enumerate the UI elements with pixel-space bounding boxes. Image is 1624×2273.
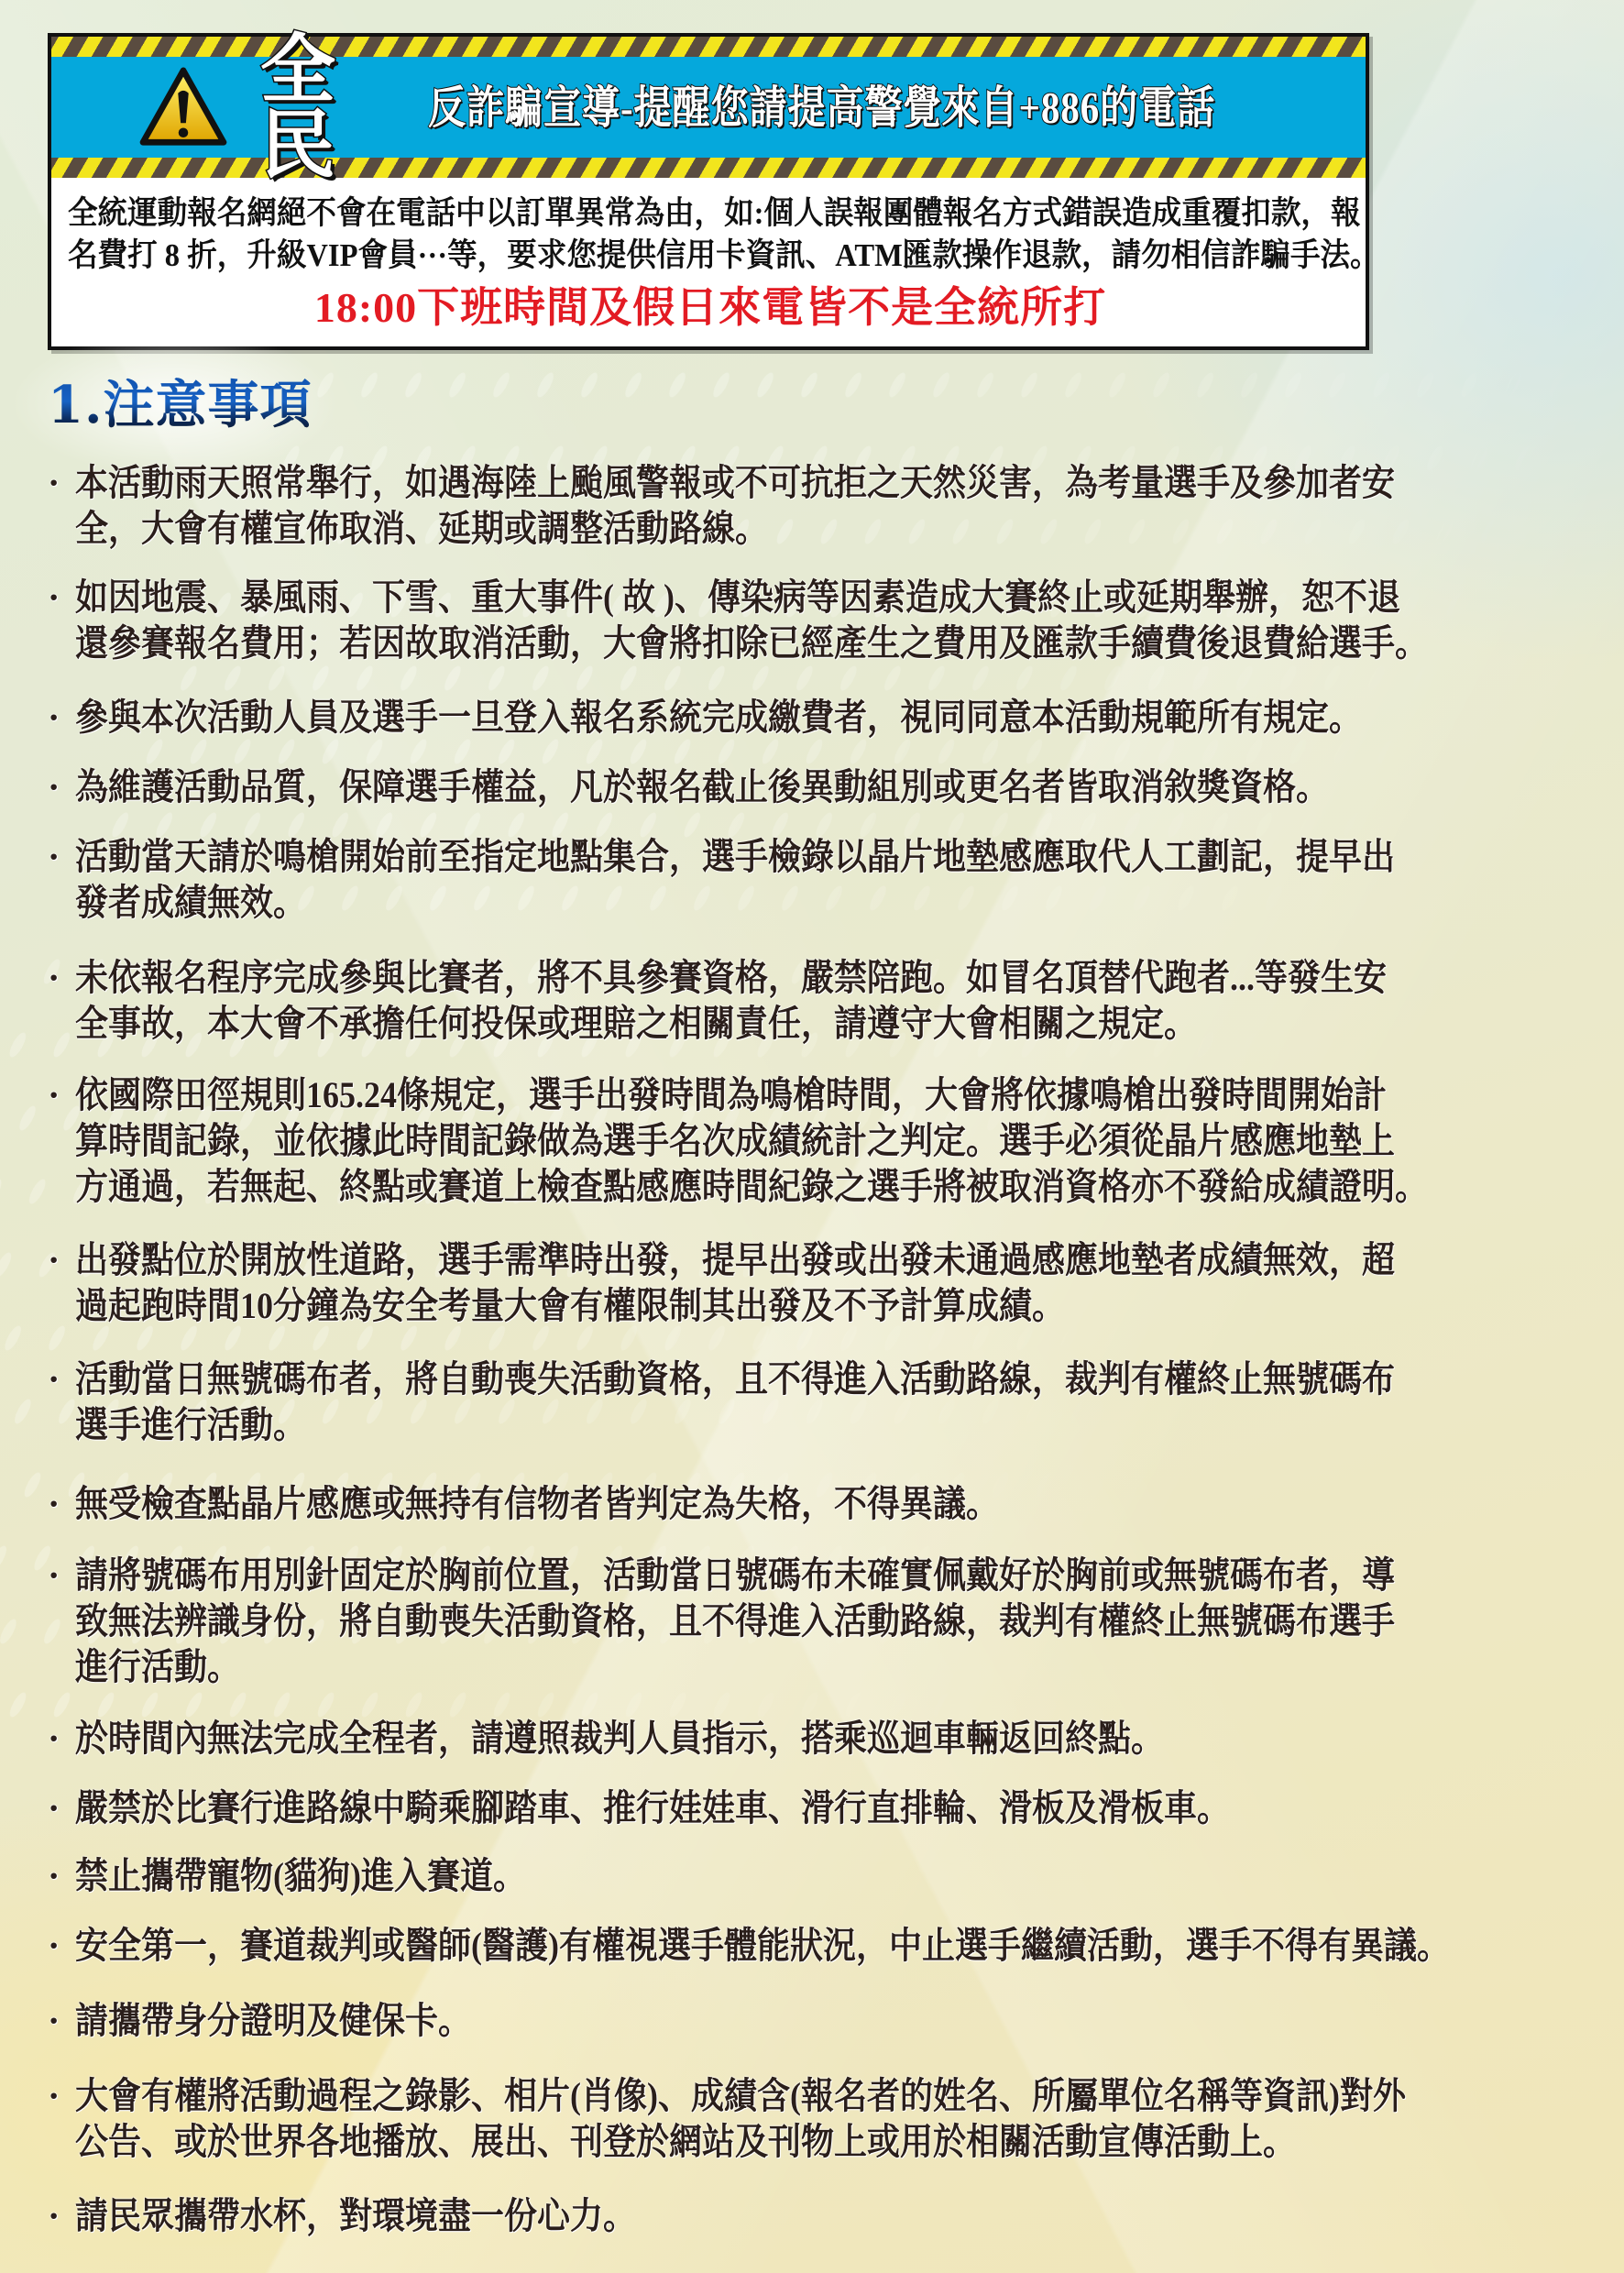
list-item: · 大會有權將活動過程之錄影、相片(肖像)、成績含(報名者的姓名、所屬單位名稱等… xyxy=(48,2073,1553,2165)
hazard-stripe-top xyxy=(51,37,1366,57)
list-item-line: 出發點位於開放性道路，選手需準時出發，提早出發或出發未通過感應地墊者成績無效，超 xyxy=(75,1237,1395,1283)
list-item-line: 活動當天請於鳴槍開始前至指定地點集合，選手檢錄以晶片地墊感應取代人工劃記，提早出 xyxy=(75,834,1395,880)
list-item-line: 過起跑時間10分鐘為安全考量大會有權限制其出發及不予計算成績。 xyxy=(75,1283,1395,1329)
bullet: · xyxy=(48,1072,75,1210)
list-item: · 於時間內無法完成全程者，請遵照裁判人員指示，搭乘巡迴車輛返回終點。 xyxy=(48,1716,1285,1762)
list-item-line: 請民眾攜帶水杯，對環境盡一份心力。 xyxy=(75,2193,636,2239)
list-item-line: 發者成績無效。 xyxy=(75,880,1395,926)
list-item-line: 選手進行活動。 xyxy=(75,1402,1395,1448)
list-item: · 為維護活動品質，保障選手權益，凡於報名截止後異動組別或更名者皆取消敘獎資格。 xyxy=(48,764,1468,810)
section-title: 1.注意事項 xyxy=(48,368,312,442)
bullet: · xyxy=(48,955,75,1047)
list-item-line: 於時間內無法完成全程者，請遵照裁判人員指示，搭乘巡迴車輛返回終點。 xyxy=(75,1716,1164,1762)
list-item: · 活動當天請於鳴槍開始前至指定地點集合，選手檢錄以晶片地墊感應取代人工劃記，提… xyxy=(48,834,1542,926)
list-item: · 出發點位於開放性道路，選手需準時出發，提早出發或出發未通過感應地墊者成績無效… xyxy=(48,1237,1542,1329)
notice-headline-big: 全民 xyxy=(260,32,411,182)
notice-banner: 全民 反詐騙宣導-提醒您請提高警覺來自+886的電話 xyxy=(51,57,1366,158)
bullet: · xyxy=(48,1481,75,1527)
list-item-line: 本活動雨天照常舉行，如遇海陸上颱風警報或不可抗拒之天然災害，為考量選手及參加者安 xyxy=(75,460,1395,506)
list-item: · 嚴禁於比賽行進路線中騎乘腳踏車、推行娃娃車、滑行直排輪、滑板及滑板車。 xyxy=(48,1785,1358,1831)
bullet: · xyxy=(48,1853,75,1899)
list-item-line: 嚴禁於比賽行進路線中騎乘腳踏車、推行娃娃車、滑行直排輪、滑板及滑板車。 xyxy=(75,1785,1230,1831)
notice-body-line: 全統運動報名網絕不會在電話中以訂單異常為由，如:個人誤報團體報名方式錯誤造成重覆… xyxy=(68,192,1263,235)
list-item-line: 如因地震、暴風雨、下雪、重大事件( 故 )、傳染病等因素造成大賽終止或延期舉辦，… xyxy=(75,575,1428,620)
bullet: · xyxy=(48,1998,75,2044)
list-item-line: 進行活動。 xyxy=(75,1644,1395,1690)
list-item: · 請攜帶身分證明及健保卡。 xyxy=(48,1998,515,2044)
list-item-line: 請攜帶身分證明及健保卡。 xyxy=(75,1998,471,2044)
bullet: · xyxy=(48,695,75,741)
list-item: · 請民眾攜帶水杯，對環境盡一份心力。 xyxy=(48,2193,698,2239)
bullet: · xyxy=(48,1553,75,1690)
anti-fraud-notice: 全民 反詐騙宣導-提醒您請提高警覺來自+886的電話 全統運動報名網絕不會在電話… xyxy=(48,33,1369,350)
list-item-line: 方通過，若無起、終點或賽道上檢查點感應時間紀錄之選手將被取消資格亦不發給成績證明… xyxy=(75,1164,1428,1210)
bullet: · xyxy=(48,1923,75,1969)
list-item-line: 為維護活動品質，保障選手權益，凡於報名截止後異動組別或更名者皆取消敘獎資格。 xyxy=(75,764,1329,810)
list-item: · 無受檢查點晶片感應或無持有信物者皆判定為失格，不得異議。 xyxy=(48,1481,1102,1527)
bullet: · xyxy=(48,1716,75,1762)
notice-highlight: 18:00下班時間及假日來電皆不是全統所打 xyxy=(68,280,1353,335)
list-item-line: 全，大會有權宣佈取消、延期或調整活動路線。 xyxy=(75,506,1395,552)
list-item-line: 還參賽報名費用；若因故取消活動，大會將扣除已經產生之費用及匯款手續費後退費給選手… xyxy=(75,620,1428,666)
hazard-stripe-bottom xyxy=(51,158,1366,178)
list-item: · 安全第一，賽道裁判或醫師(醫護)有權視選手體能狀況，中止選手繼續活動，選手不… xyxy=(48,1923,1603,1969)
notice-headline-sub: 反詐騙宣導-提醒您請提高警覺來自+886的電話 xyxy=(428,85,1215,130)
bullet: · xyxy=(48,2073,75,2165)
list-item: · 如因地震、暴風雨、下雪、重大事件( 故 )、傳染病等因素造成大賽終止或延期舉… xyxy=(48,575,1578,666)
list-item-line: 大會有權將活動過程之錄影、相片(肖像)、成績含(報名者的姓名、所屬單位名稱等資訊… xyxy=(75,2073,1406,2119)
warning-triangle-icon xyxy=(139,67,227,148)
list-item: · 活動當日無號碼布者，將自動喪失活動資格，且不得進入活動路線，裁判有權終止無號… xyxy=(48,1356,1542,1448)
list-item: · 未依報名程序完成參與比賽者，將不具參賽資格，嚴禁陪跑。如冒名頂替代跑者...… xyxy=(48,955,1532,1047)
list-item-line: 禁止攜帶寵物(貓狗)進入賽道。 xyxy=(75,1853,526,1899)
list-item: · 請將號碼布用別針固定於胸前位置，活動當日號碼布未確實佩戴好於胸前或無號碼布者… xyxy=(48,1553,1542,1690)
list-item: · 參與本次活動人員及選手一旦登入報名系統完成繳費者，視同同意本活動規範所有規定… xyxy=(48,695,1505,741)
bullet: · xyxy=(48,834,75,926)
list-item-line: 參與本次活動人員及選手一旦登入報名系統完成繳費者，視同同意本活動規範所有規定。 xyxy=(75,695,1362,741)
list-item-line: 公告、或於世界各地播放、展出、刊登於網站及刊物上或用於相關活動宣傳活動上。 xyxy=(75,2119,1406,2165)
bullet: · xyxy=(48,1356,75,1448)
list-item-line: 活動當日無號碼布者，將自動喪失活動資格，且不得進入活動路線，裁判有權終止無號碼布 xyxy=(75,1356,1395,1402)
bullet: · xyxy=(48,764,75,810)
list-item-line: 未依報名程序完成參與比賽者，將不具參賽資格，嚴禁陪跑。如冒名頂替代跑者...等發… xyxy=(75,955,1387,1001)
list-item-line: 全事故，本大會不承擔任何投保或理賠之相關責任，請遵守大會相關之規定。 xyxy=(75,1001,1387,1047)
bullet: · xyxy=(48,2193,75,2239)
notice-body: 全統運動報名網絕不會在電話中以訂單異常為由，如:個人誤報團體報名方式錯誤造成重覆… xyxy=(51,178,1366,335)
notice-body-line: 名費打 8 折，升級VIP會員···等，要求您提供信用卡資訊、ATM匯款操作退款… xyxy=(68,235,1263,277)
list-item-line: 依國際田徑規則165.24條規定，選手出發時間為鳴槍時間，大會將依據鳴槍出發時間… xyxy=(75,1072,1428,1118)
list-item-line: 請將號碼布用別針固定於胸前位置，活動當日號碼布未確實佩戴好於胸前或無號碼布者，導 xyxy=(75,1553,1395,1598)
list-item-line: 算時間記錄，並依據此時間記錄做為選手名次成績統計之判定。選手必須從晶片感應地墊上 xyxy=(75,1118,1428,1164)
bullet: · xyxy=(48,1785,75,1831)
list-item-line: 無受檢查點晶片感應或無持有信物者皆判定為失格，不得異議。 xyxy=(75,1481,999,1527)
bullet: · xyxy=(48,460,75,552)
list-item: · 依國際田徑規則165.24條規定，選手出發時間為鳴槍時間，大會將依據鳴槍出發… xyxy=(48,1072,1578,1210)
bullet: · xyxy=(48,1237,75,1329)
list-item-line: 致無法辨識身份，將自動喪失活動資格，且不得進入活動路線，裁判有權終止無號碼布選手 xyxy=(75,1598,1395,1644)
bullet: · xyxy=(48,575,75,666)
list-item: · 禁止攜帶寵物(貓狗)進入賽道。 xyxy=(48,1853,576,1899)
list-item: · 本活動雨天照常舉行，如遇海陸上颱風警報或不可抗拒之天然災害，為考量選手及參加… xyxy=(48,460,1542,552)
list-item-line: 安全第一，賽道裁判或醫師(醫護)有權視選手體能狀況，中止選手繼續活動，選手不得有… xyxy=(75,1923,1450,1969)
